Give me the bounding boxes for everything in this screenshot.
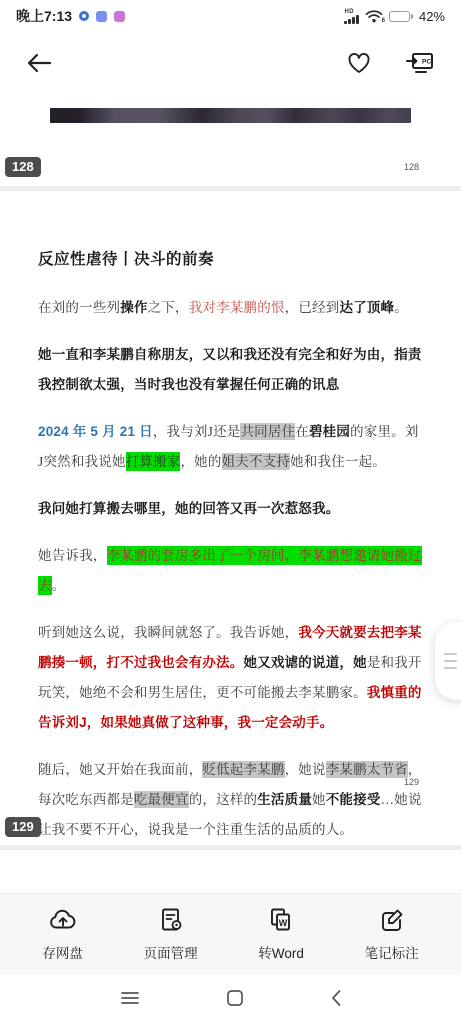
document-reader[interactable]: 128 反应性虐待丨决斗的前奏 在刘的一些列操作之下，我对李某鹏的恨，已经到达了… bbox=[0, 98, 461, 893]
page-footer-number: 128 bbox=[404, 162, 419, 172]
toolbar-label: 转Word bbox=[258, 942, 304, 962]
favorite-button[interactable] bbox=[343, 48, 375, 81]
text-segment: 的，这样的 bbox=[189, 792, 258, 807]
text-segment: 姐夫不支持 bbox=[222, 453, 291, 470]
battery-icon bbox=[389, 11, 413, 22]
back-button[interactable] bbox=[22, 48, 56, 81]
text-segment: ，已经到 bbox=[285, 300, 340, 315]
app-badge-pink-icon bbox=[114, 11, 125, 22]
toolbar-label: 笔记标注 bbox=[365, 942, 419, 962]
text-segment: 打算搬家 bbox=[126, 452, 181, 471]
signal-bars-icon: HD bbox=[344, 9, 359, 24]
page-footer-number: 129 bbox=[404, 777, 419, 787]
send-to-pc-button[interactable]: PC bbox=[401, 47, 439, 82]
text-segment: 。 bbox=[52, 578, 66, 593]
system-nav-bar bbox=[0, 975, 461, 1024]
paragraph: 她一直和李某鹏自称朋友，又以和我还没有完全和好为由，指责我控制欲太强，当时我也没… bbox=[38, 340, 423, 400]
floating-menu-handle[interactable] bbox=[435, 622, 461, 700]
text-segment: 碧桂园 bbox=[309, 424, 350, 439]
text-segment: 吃最便宜 bbox=[134, 791, 189, 808]
bottom-toolbar: 存网盘 页面管理 W 转Word bbox=[0, 893, 461, 975]
page-indicator-badge: 128 bbox=[5, 157, 41, 177]
text-segment: 不能接受 bbox=[326, 792, 381, 807]
page-129: 反应性虐待丨决斗的前奏 在刘的一些列操作之下，我对李某鹏的恨，已经到达了顶峰。她… bbox=[0, 191, 461, 845]
text-segment: ，她说 bbox=[285, 762, 326, 777]
text-segment: 她告诉我， bbox=[38, 548, 107, 563]
back-arrow-icon bbox=[26, 52, 52, 77]
home-icon bbox=[226, 989, 244, 1010]
text-segment: 我问她打算搬去哪里，她的回答又再一次惹怒我。 bbox=[38, 501, 339, 516]
note-annotate-button[interactable]: 笔记标注 bbox=[365, 907, 419, 962]
recents-button[interactable] bbox=[114, 984, 146, 1015]
back-nav-button[interactable] bbox=[324, 983, 348, 1016]
text-segment: 随后，她又开始在我面前， bbox=[38, 762, 202, 777]
text-segment: 生活质量 bbox=[257, 792, 312, 807]
back-chevron-icon bbox=[330, 989, 342, 1010]
text-segment: 贬低起李某鹏 bbox=[202, 761, 284, 778]
text-segment: 之下， bbox=[148, 300, 189, 315]
text-segment: 她又戏谑的说道，她 bbox=[244, 655, 367, 670]
text-segment: 在 bbox=[295, 424, 309, 439]
page-image-fragment bbox=[50, 108, 411, 123]
page-130-top bbox=[0, 850, 461, 898]
page-128-bottom: 128 bbox=[0, 98, 461, 186]
toolbar-label: 页面管理 bbox=[144, 942, 198, 962]
text-segment: 。 bbox=[394, 300, 408, 315]
svg-text:PC: PC bbox=[422, 58, 431, 65]
text-segment: 达了顶峰 bbox=[339, 300, 394, 315]
app-badge-blue-icon bbox=[96, 11, 107, 22]
paragraph: 随后，她又开始在我面前，贬低起李某鹏，她说李某鹏太节省，每次吃东西都是吃最便宜的… bbox=[38, 755, 423, 845]
assistant-dot-icon bbox=[79, 11, 89, 21]
text-segment: 听到她这么说，我瞬间就怒了。我告诉她， bbox=[38, 625, 298, 640]
convert-word-icon: W bbox=[267, 907, 295, 936]
wifi6-icon: 6 bbox=[365, 9, 383, 23]
page-manage-icon bbox=[157, 907, 185, 936]
svg-text:W: W bbox=[279, 918, 288, 928]
battery-percent: 42% bbox=[419, 9, 445, 24]
paragraph: 我问她打算搬去哪里，她的回答又再一次惹怒我。 bbox=[38, 494, 423, 524]
home-button[interactable] bbox=[220, 983, 250, 1016]
text-segment: ，我与刘J还是 bbox=[153, 424, 241, 439]
text-segment: 她一直和李某鹏自称朋友，又以和我还没有完全和好为由，指责我控制欲太强，当时我也没… bbox=[38, 347, 422, 392]
text-segment: 操作 bbox=[120, 300, 147, 315]
text-segment: 她和我住一起。 bbox=[290, 454, 386, 469]
text-segment: 在刘的一些列 bbox=[38, 300, 120, 315]
status-bar: 晚上7:13 HD 6 42% bbox=[0, 0, 461, 32]
text-segment: 共同居住 bbox=[240, 423, 295, 440]
note-annotate-icon bbox=[378, 907, 406, 936]
clock: 晚上7:13 bbox=[16, 6, 72, 26]
paragraph: 她告诉我，李某鹏的套房多出了一个房间，李某鹏想邀请她搬过去。 bbox=[38, 541, 423, 601]
text-segment: 我对李某鹏的恨 bbox=[189, 300, 285, 315]
text-segment: 2024 年 5 月 21 日 bbox=[38, 424, 153, 439]
paragraph: 听到她这么说，我瞬间就怒了。我告诉她，我今天就要去把李某鹏揍一顿，打不过我也会有… bbox=[38, 618, 423, 738]
text-segment: 她 bbox=[312, 792, 326, 807]
convert-word-button[interactable]: W 转Word bbox=[258, 907, 304, 962]
phone-screen: 晚上7:13 HD 6 42% bbox=[0, 0, 461, 1024]
page-indicator-badge: 129 bbox=[5, 817, 41, 837]
text-segment: 李某鹏太节省 bbox=[326, 761, 408, 778]
paragraph: 在刘的一些列操作之下，我对李某鹏的恨，已经到达了顶峰。 bbox=[38, 293, 423, 323]
save-to-cloud-button[interactable]: 存网盘 bbox=[42, 907, 83, 962]
app-nav-bar: PC bbox=[0, 32, 461, 96]
page-manage-button[interactable]: 页面管理 bbox=[144, 907, 198, 962]
favorite-heart-icon bbox=[347, 52, 371, 77]
document-title: 反应性虐待丨决斗的前奏 bbox=[38, 191, 423, 269]
toolbar-label: 存网盘 bbox=[42, 942, 83, 962]
paragraph: 2024 年 5 月 21 日，我与刘J还是共同居住在碧桂园的家里。刘J突然和我… bbox=[38, 417, 423, 477]
send-to-pc-icon: PC bbox=[405, 51, 435, 78]
text-segment: ，她的 bbox=[180, 454, 221, 469]
recents-icon bbox=[120, 990, 140, 1009]
cloud-upload-icon bbox=[48, 907, 78, 936]
document-body: 在刘的一些列操作之下，我对李某鹏的恨，已经到达了顶峰。她一直和李某鹏自称朋友，又… bbox=[38, 293, 423, 845]
